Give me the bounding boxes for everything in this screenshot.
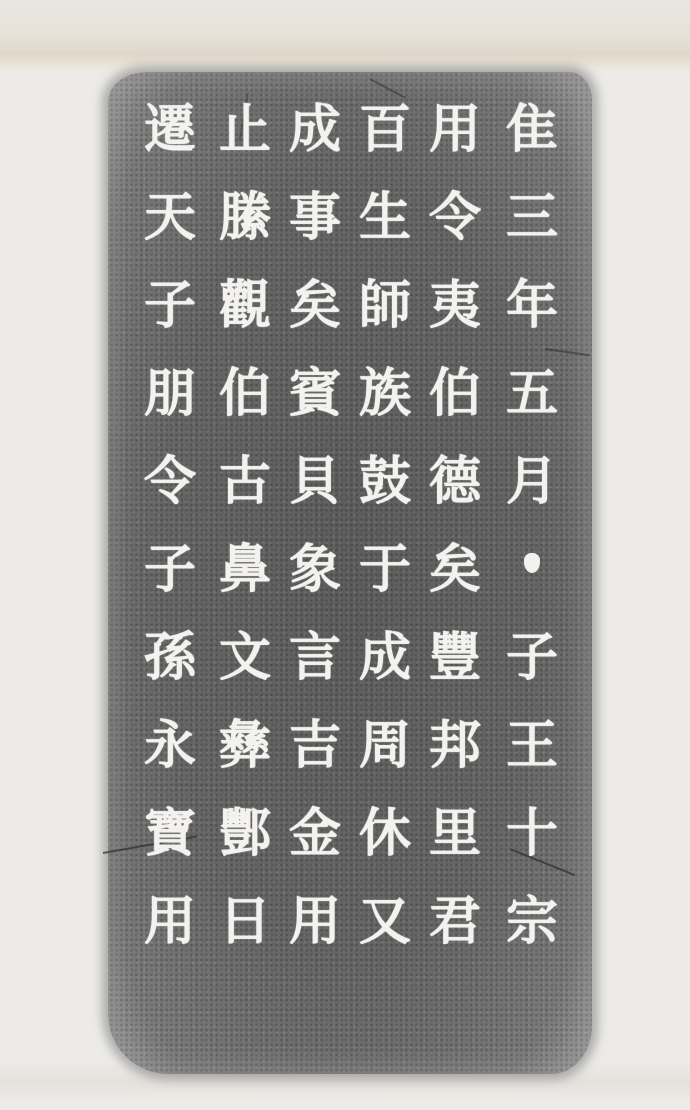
inscription-character: 日 <box>210 887 280 957</box>
inscription-character: 里 <box>420 799 490 869</box>
inscription-character: 百 <box>350 95 420 165</box>
inscription-character: 象 <box>280 535 350 605</box>
inscription-character: 用 <box>135 887 205 957</box>
inscription-character: 金 <box>280 799 350 869</box>
inscription-character: 夷 <box>420 271 490 341</box>
inscription-character: 止 <box>210 95 280 165</box>
paper-stain <box>0 38 690 68</box>
inscription-character: 休 <box>350 799 420 869</box>
inscription-character: 豐 <box>420 623 490 693</box>
inscription-character: 彝 <box>210 711 280 781</box>
inscription-character: 宗 <box>497 887 567 957</box>
inscription-character: 伯 <box>210 359 280 429</box>
inscription-character: 德 <box>420 447 490 517</box>
inscription-character: 于 <box>350 535 420 605</box>
inscription-character: 令 <box>135 447 205 517</box>
inscription-character: 吉 <box>280 711 350 781</box>
inscription-character: 子 <box>135 535 205 605</box>
inscription-character: 文 <box>210 623 280 693</box>
inscription-character: 貝 <box>280 447 350 517</box>
inscription-character: 朋 <box>135 359 205 429</box>
inscription-character: 孫 <box>135 623 205 693</box>
inscription-character: 周 <box>350 711 420 781</box>
inscription-character: 子 <box>497 623 567 693</box>
inscription-character: 天 <box>135 183 205 253</box>
inscription-character: 縢 <box>210 183 280 253</box>
inscription-character: 矣 <box>420 535 490 605</box>
inscription-character: 鼻 <box>210 535 280 605</box>
inscription-character: 生 <box>350 183 420 253</box>
inscription-character: 隹 <box>497 95 567 165</box>
inscription-character: 觀 <box>210 271 280 341</box>
inscription-character: 酆 <box>210 799 280 869</box>
inscription-character: 五 <box>497 359 567 429</box>
inscription-character: 永 <box>135 711 205 781</box>
inscription-character: 言 <box>280 623 350 693</box>
inscription-character: 君 <box>420 887 490 957</box>
inscription-character: 遷 <box>135 95 205 165</box>
inscription-character: 成 <box>350 623 420 693</box>
inscription-character: 事 <box>280 183 350 253</box>
inscription-character: 用 <box>280 887 350 957</box>
inscription-character: 年 <box>497 271 567 341</box>
inscription-character: 師 <box>350 271 420 341</box>
inscription-character: 又 <box>350 887 420 957</box>
inscription-character: 族 <box>350 359 420 429</box>
inscription-character: 用 <box>420 95 490 165</box>
inscription-character: 三 <box>497 183 567 253</box>
inscription-character: 成 <box>280 95 350 165</box>
inscription-character: 鼓 <box>350 447 420 517</box>
inscription-character: 十 <box>497 799 567 869</box>
inscription-character: 矣 <box>280 271 350 341</box>
inscription-character: 邦 <box>420 711 490 781</box>
inscription-character: 月 <box>497 447 567 517</box>
inscription-character: 賓 <box>280 359 350 429</box>
inscription-character: 令 <box>420 183 490 253</box>
inscription-character: 寶 <box>135 799 205 869</box>
inscription-character: 子 <box>135 271 205 341</box>
inscription-character: 伯 <box>420 359 490 429</box>
inscription-character: 古 <box>210 447 280 517</box>
inscription-character: 王 <box>497 711 567 781</box>
